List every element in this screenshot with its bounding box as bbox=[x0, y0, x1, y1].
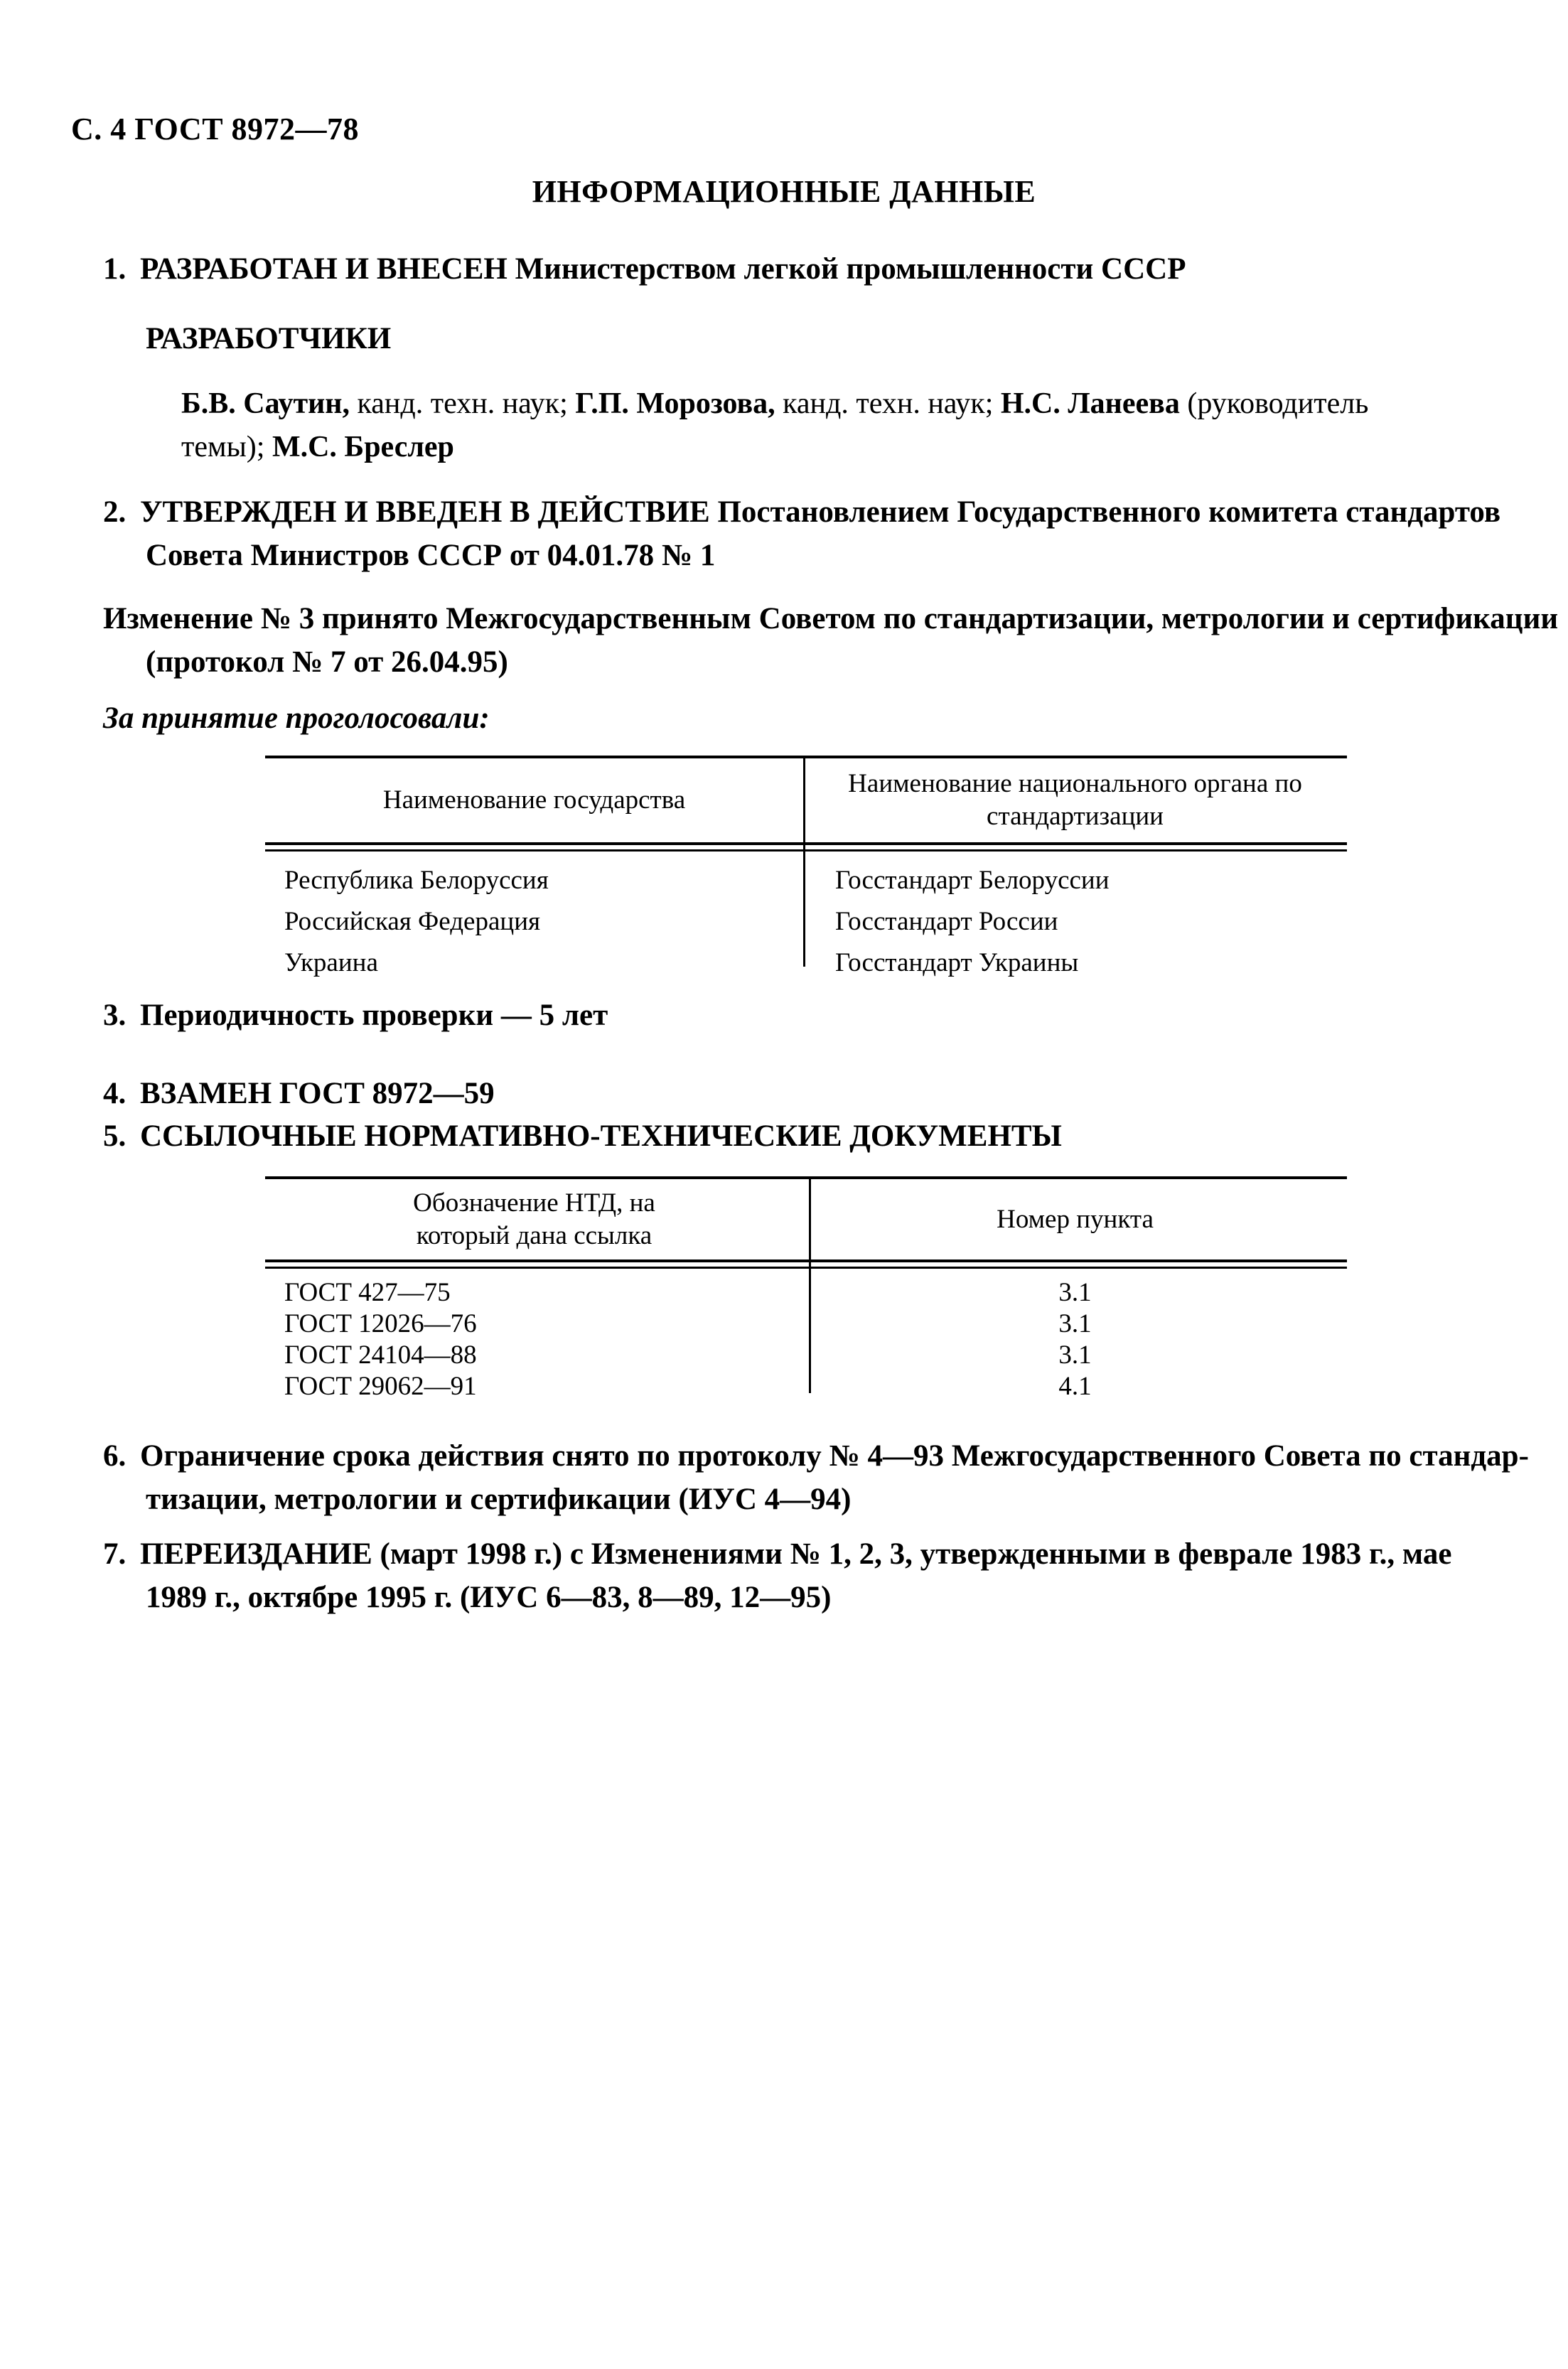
header-cell-ntd-text: Обозначение НТД, на который дана ссылка bbox=[364, 1187, 705, 1252]
item-number: 6. bbox=[103, 1434, 140, 1478]
developers-heading: РАЗРАБОТЧИКИ bbox=[146, 321, 391, 356]
item-text-line-1: Ограничение срока действия снято по прот… bbox=[140, 1439, 1529, 1473]
cell-clause: 3.1 bbox=[803, 1340, 1347, 1371]
developer-name: Г.П. Морозова, bbox=[575, 387, 775, 420]
item-text: ССЫЛОЧНЫЕ НОРМАТИВНО-ТЕХНИЧЕСКИЕ ДОКУМЕН… bbox=[140, 1119, 1062, 1153]
developer-degree: канд. техн. наук; bbox=[350, 387, 575, 420]
header-cell-clause: Номер пункта bbox=[803, 1203, 1347, 1236]
header-separator-rule bbox=[265, 842, 1347, 852]
amendment-line-1: Изменение № 3 принято Межгосударственным… bbox=[103, 597, 1558, 640]
item-text: РАЗРАБОТАН И ВНЕСЕН Министерством легкой… bbox=[140, 252, 1186, 286]
item-number: 3. bbox=[103, 994, 140, 1037]
cell-clause: 3.1 bbox=[803, 1309, 1347, 1340]
section-item-7: 7.ПЕРЕИЗДАНИЕ (март 1998 г.) с Изменения… bbox=[103, 1532, 1451, 1619]
developer-degree: канд. техн. наук; bbox=[775, 387, 1001, 420]
cell-org: Госстандарт России bbox=[803, 901, 1347, 942]
cell-state: Республика Белоруссия bbox=[284, 860, 803, 901]
document-page: { "page": { "header": "С. 4 ГОСТ 8972—78… bbox=[0, 0, 1568, 2369]
clause-column: 3.1 3.1 3.1 4.1 bbox=[803, 1277, 1347, 1402]
cell-doc: ГОСТ 427—75 bbox=[284, 1277, 803, 1309]
developer-name: М.С. Бреслер bbox=[272, 431, 454, 463]
references-table: Обозначение НТД, на который дана ссылка … bbox=[265, 1176, 1347, 1402]
item-text-line-1: УТВЕРЖДЕН И ВВЕДЕН В ДЕЙСТВИЕ Постановле… bbox=[140, 495, 1500, 529]
section-item-4: 4.ВЗАМЕН ГОСТ 8972—59 bbox=[103, 1072, 495, 1115]
table-column-divider bbox=[809, 1176, 811, 1393]
doc-column: ГОСТ 427—75 ГОСТ 12026—76 ГОСТ 24104—88 … bbox=[265, 1277, 803, 1402]
section-item-1: 1.РАЗРАБОТАН И ВНЕСЕН Министерством легк… bbox=[103, 247, 1186, 291]
table-header-row: Обозначение НТД, на который дана ссылка … bbox=[265, 1179, 1347, 1259]
item-text: Периодичность проверки — 5 лет bbox=[140, 999, 608, 1032]
item-number: 7. bbox=[103, 1532, 140, 1576]
cell-doc: ГОСТ 24104—88 bbox=[284, 1340, 803, 1371]
section-item-5: 5.ССЫЛОЧНЫЕ НОРМАТИВНО-ТЕХНИЧЕСКИЕ ДОКУМ… bbox=[103, 1114, 1062, 1158]
item-number: 2. bbox=[103, 490, 140, 534]
cell-state: Украина bbox=[284, 942, 803, 984]
table-column-divider bbox=[803, 756, 805, 967]
amendment-line-2: (протокол № 7 от 26.04.95) bbox=[146, 640, 1558, 684]
developer-role: (руководитель bbox=[1180, 387, 1369, 420]
state-column: Республика Белоруссия Российская Федерац… bbox=[265, 860, 803, 984]
states-table: Наименование государства Наименование на… bbox=[265, 756, 1347, 984]
section-item-2: 2.УТВЕРЖДЕН И ВВЕДЕН В ДЕЙСТВИЕ Постанов… bbox=[103, 490, 1500, 577]
section-item-6: 6.Ограничение срока действия снято по пр… bbox=[103, 1434, 1529, 1521]
amendment-paragraph: Изменение № 3 принято Межгосударственным… bbox=[103, 597, 1558, 684]
cell-state: Российская Федерация bbox=[284, 901, 803, 942]
developer-name: Н.С. Ланеева bbox=[1001, 387, 1180, 420]
page-header: С. 4 ГОСТ 8972—78 bbox=[71, 111, 359, 147]
item-text-line-2: 1989 г., октябре 1995 г. (ИУС 6—83, 8—89… bbox=[146, 1576, 1451, 1619]
item-text-line-2: тизации, метрологии и сертификации (ИУС … bbox=[146, 1478, 1529, 1521]
developer-name: Б.В. Саутин, bbox=[181, 387, 350, 420]
item-number: 1. bbox=[103, 247, 140, 291]
cell-clause: 3.1 bbox=[803, 1277, 1347, 1309]
section-item-3: 3.Периодичность проверки — 5 лет bbox=[103, 994, 608, 1037]
table-header-row: Наименование государства Наименование на… bbox=[265, 758, 1347, 842]
vote-heading: За принятие проголосовали: bbox=[103, 697, 490, 740]
item-text: ВЗАМЕН ГОСТ 8972—59 bbox=[140, 1077, 495, 1110]
item-number: 5. bbox=[103, 1114, 140, 1158]
developers-paragraph: Б.В. Саутин, канд. техн. наук; Г.П. Моро… bbox=[181, 382, 1368, 469]
cell-doc: ГОСТ 12026—76 bbox=[284, 1309, 803, 1340]
header-cell-ntd: Обозначение НТД, на который дана ссылка bbox=[265, 1187, 803, 1252]
cell-doc: ГОСТ 29062—91 bbox=[284, 1371, 803, 1402]
cell-org: Госстандарт Белоруссии bbox=[803, 860, 1347, 901]
header-cell-state: Наименование государства bbox=[265, 784, 803, 817]
developer-role: темы); bbox=[181, 431, 272, 463]
header-separator-rule bbox=[265, 1259, 1347, 1269]
header-cell-org-text: Наименование национального органа по ста… bbox=[848, 768, 1303, 833]
item-text-line-1: ПЕРЕИЗДАНИЕ (март 1998 г.) с Изменениями… bbox=[140, 1537, 1451, 1571]
item-text-line-2: Совета Министров СССР от 04.01.78 № 1 bbox=[146, 534, 1500, 577]
org-column: Госстандарт Белоруссии Госстандарт Росси… bbox=[803, 860, 1347, 984]
page-title: ИНФОРМАЦИОННЫЕ ДАННЫЕ bbox=[0, 173, 1568, 210]
cell-org: Госстандарт Украины bbox=[803, 942, 1347, 984]
item-number: 4. bbox=[103, 1072, 140, 1115]
cell-clause: 4.1 bbox=[803, 1371, 1347, 1402]
table-body: Республика Белоруссия Российская Федерац… bbox=[265, 852, 1347, 984]
header-cell-org: Наименование национального органа по ста… bbox=[803, 768, 1347, 833]
table-body: ГОСТ 427—75 ГОСТ 12026—76 ГОСТ 24104—88 … bbox=[265, 1269, 1347, 1402]
